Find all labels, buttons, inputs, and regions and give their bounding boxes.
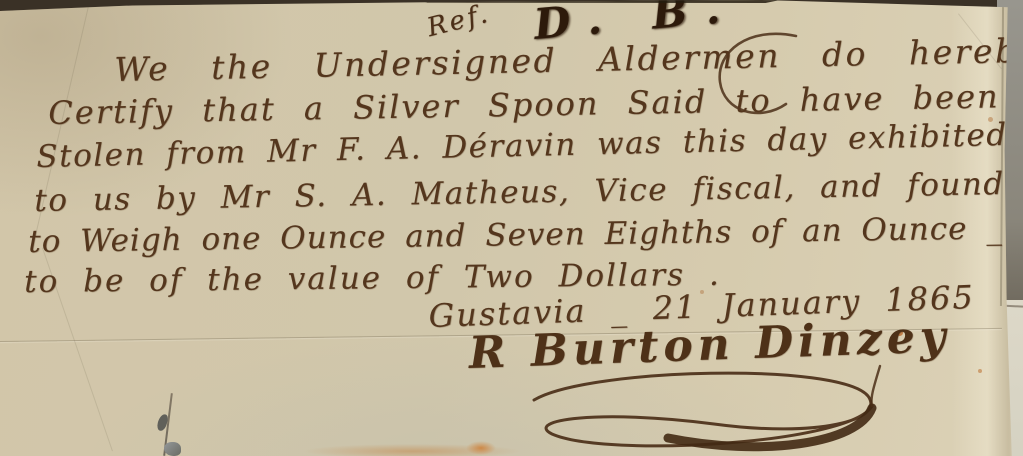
manuscript-line: to us by Mr S. A. Matheus, Vice fiscal, … [34, 166, 1005, 219]
scan-edge-sliver [420, 0, 780, 3]
tear-fleck [164, 442, 181, 456]
signature-flourish [518, 360, 898, 454]
document-paper: Ref. D. B. We the Undersigned Aldermen d… [0, 0, 1023, 456]
manuscript-line: to Weigh one Ounce and Seven Eighths of … [28, 209, 1023, 260]
scanned-document: Ref. D. B. We the Undersigned Aldermen d… [0, 0, 1023, 456]
stain-spot [466, 441, 496, 455]
scan-edge-sliver [178, 0, 258, 5]
rust-spot [978, 369, 982, 373]
heading-ref-script: Ref. [424, 0, 493, 43]
